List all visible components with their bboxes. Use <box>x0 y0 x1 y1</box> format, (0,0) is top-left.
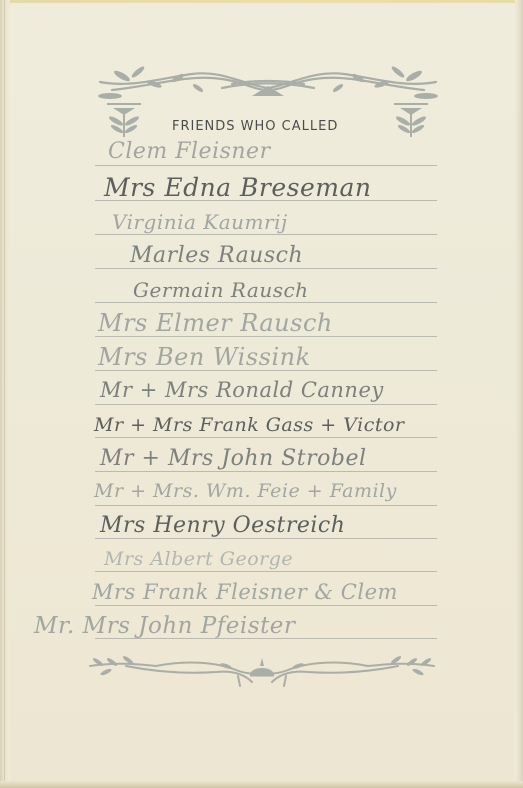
guest-entry: Germain Rausch <box>133 278 309 302</box>
ruled-line <box>95 505 437 506</box>
ruled-line <box>95 538 437 539</box>
guest-entry: Mrs Frank Fleisner & Clem <box>92 580 398 604</box>
guest-entry: Mrs Elmer Rausch <box>98 309 333 337</box>
ruled-line <box>95 605 437 606</box>
guest-book-page: FRIENDS WHO CALLED Clem Fleisner Mrs Edn… <box>0 0 523 788</box>
guest-entry: Mr + Mrs John Strobel <box>100 446 367 471</box>
guest-entry: Mr + Mrs. Wm. Feie + Family <box>94 480 397 502</box>
guest-entry: Mrs Albert George <box>104 548 293 570</box>
flower-ornament-right-icon <box>392 103 432 141</box>
guest-entry: Clem Fleisner <box>108 139 271 164</box>
page-top-edge <box>0 0 523 3</box>
ruled-line <box>95 234 437 235</box>
ruled-line <box>95 302 437 303</box>
page-right-edge <box>515 0 523 788</box>
guest-entry: Virginia Kaumrij <box>112 210 288 234</box>
guest-entry: Mr + Mrs Frank Gass + Victor <box>94 414 405 436</box>
ruled-line <box>95 471 437 472</box>
guest-entry: Mr. Mrs John Pfeister <box>34 613 295 639</box>
guest-entry: Marles Rausch <box>130 243 303 268</box>
page-bottom-edge <box>0 781 523 788</box>
ruled-line <box>95 404 437 405</box>
vine-ornament-bottom-icon <box>86 652 438 692</box>
flower-ornament-left-icon <box>105 103 145 141</box>
ruled-line <box>95 571 437 572</box>
vine-ornament-top-icon <box>92 66 444 106</box>
page-binding-edge <box>0 0 10 788</box>
guest-entry: Mrs Henry Oestreich <box>100 513 345 538</box>
guest-entry: Mrs Ben Wissink <box>98 343 311 371</box>
ruled-line <box>95 165 437 166</box>
ruled-line <box>95 437 437 438</box>
page-title: FRIENDS WHO CALLED <box>172 119 372 134</box>
guest-entry: Mrs Edna Breseman <box>104 173 371 202</box>
guest-entry: Mr + Mrs Ronald Canney <box>100 378 384 402</box>
ruled-line <box>95 268 437 269</box>
